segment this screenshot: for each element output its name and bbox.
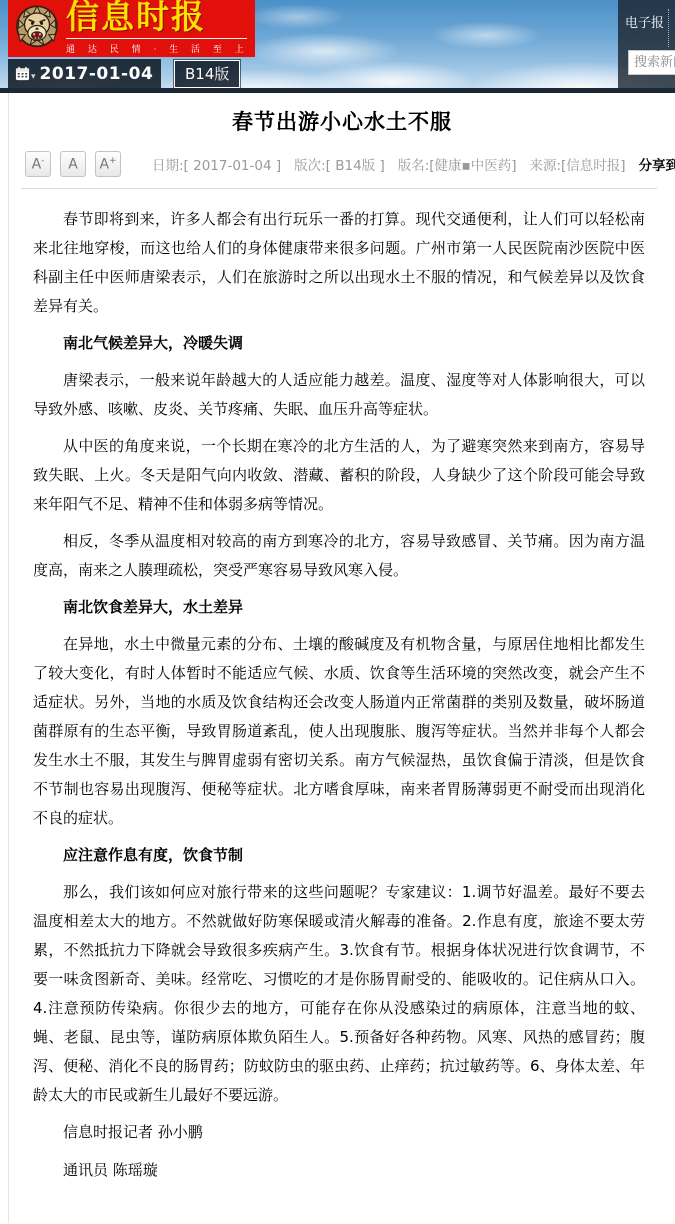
calendar-icon	[15, 66, 30, 81]
article-paragraph: 那么，我们该如何应对旅行带来的这些问题呢？专家建议：1.调节好温差。最好不要去温…	[33, 878, 645, 1110]
font-normal-button[interactable]: A	[60, 151, 86, 177]
logo-text: 信息时报 通 达 民 情 · 生 活 至 上	[66, 0, 249, 55]
article-meta: 日期:[ 2017-01-04 ] 版次:[ B14版 ] 版名:[健康▪中医药…	[152, 153, 675, 175]
article-signature: 信息时报记者 孙小鹏	[33, 1118, 645, 1147]
article-paragraph: 从中医的角度来说，一个长期在寒冷的北方生活的人，为了避寒突然来到南方，容易导致失…	[33, 432, 645, 519]
header-right-panel: 电子报	[618, 0, 675, 93]
article-paragraph: 唐梁表示，一般来说年龄越大的人适应能力越差。温度、湿度等对人体影响很大，可以导致…	[33, 366, 645, 424]
section-heading: 应注意作息有度，饮食节制	[33, 841, 645, 870]
article-body: 春节即将到来，许多人都会有出行玩乐一番的打算。现代交通便利，让人们可以轻松南来北…	[9, 189, 675, 1185]
meta-row: A- A A+ 日期:[ 2017-01-04 ] 版次:[ B14版 ] 版名…	[25, 151, 665, 177]
site-header: 信息时报 通 达 民 情 · 生 活 至 上 ▾ 2017	[0, 0, 675, 93]
meta-date: 日期:[ 2017-01-04 ]	[152, 154, 281, 174]
meta-source: 来源:[信息时报]	[529, 154, 625, 174]
edition-tab[interactable]: B14版	[174, 60, 240, 88]
site-logo[interactable]: 信息时报 通 达 民 情 · 生 活 至 上	[8, 0, 255, 57]
font-size-controls: A- A A+	[25, 151, 130, 177]
font-larger-button[interactable]: A+	[95, 151, 121, 177]
date-picker[interactable]: ▾ 2017-01-04	[8, 59, 161, 88]
logo-divider	[66, 38, 247, 39]
article-title: 春节出游小心水土不服	[9, 106, 675, 136]
article-paragraph: 在异地，水土中微量元素的分布、土壤的酸碱度及有机物含量，与原居住地相比都发生了较…	[33, 630, 645, 833]
section-heading: 南北饮食差异大，水土差异	[33, 593, 645, 622]
lion-logo-icon	[12, 3, 62, 53]
article-paragraph: 相反，冬季从温度相对较高的南方到寒冷的北方，容易导致感冒、关节痛。因为南方温度高…	[33, 527, 645, 585]
section-heading: 南北气候差异大，冷暖失调	[33, 329, 645, 358]
meta-section: 版名:[健康▪中医药]	[398, 154, 517, 174]
issue-date: 2017-01-04	[40, 64, 154, 84]
page: 信息时报 通 达 民 情 · 生 活 至 上 ▾ 2017	[0, 0, 675, 1224]
share-label: 分享到：	[639, 154, 675, 174]
logo-tagline: 通 达 民 情 · 生 活 至 上	[66, 42, 249, 55]
article-paragraph: 春节即将到来，许多人都会有出行玩乐一番的打算。现代交通便利，让人们可以轻松南来北…	[33, 205, 645, 321]
header-bottom-strip	[0, 88, 675, 93]
dotted-separator	[668, 9, 669, 47]
epaper-link[interactable]: 电子报	[625, 12, 664, 31]
caret-down-icon: ▾	[31, 72, 36, 82]
meta-edition: 版次:[ B14版 ]	[294, 154, 385, 174]
article-signature: 通讯员 陈瑶璇	[33, 1156, 645, 1185]
article-container: 春节出游小心水土不服 A- A A+ 日期:[ 2017-01-04 ] 版次:…	[8, 93, 675, 1223]
font-smaller-button[interactable]: A-	[25, 151, 51, 177]
logo-title: 信息时报	[66, 0, 249, 35]
search-input[interactable]	[628, 50, 675, 75]
